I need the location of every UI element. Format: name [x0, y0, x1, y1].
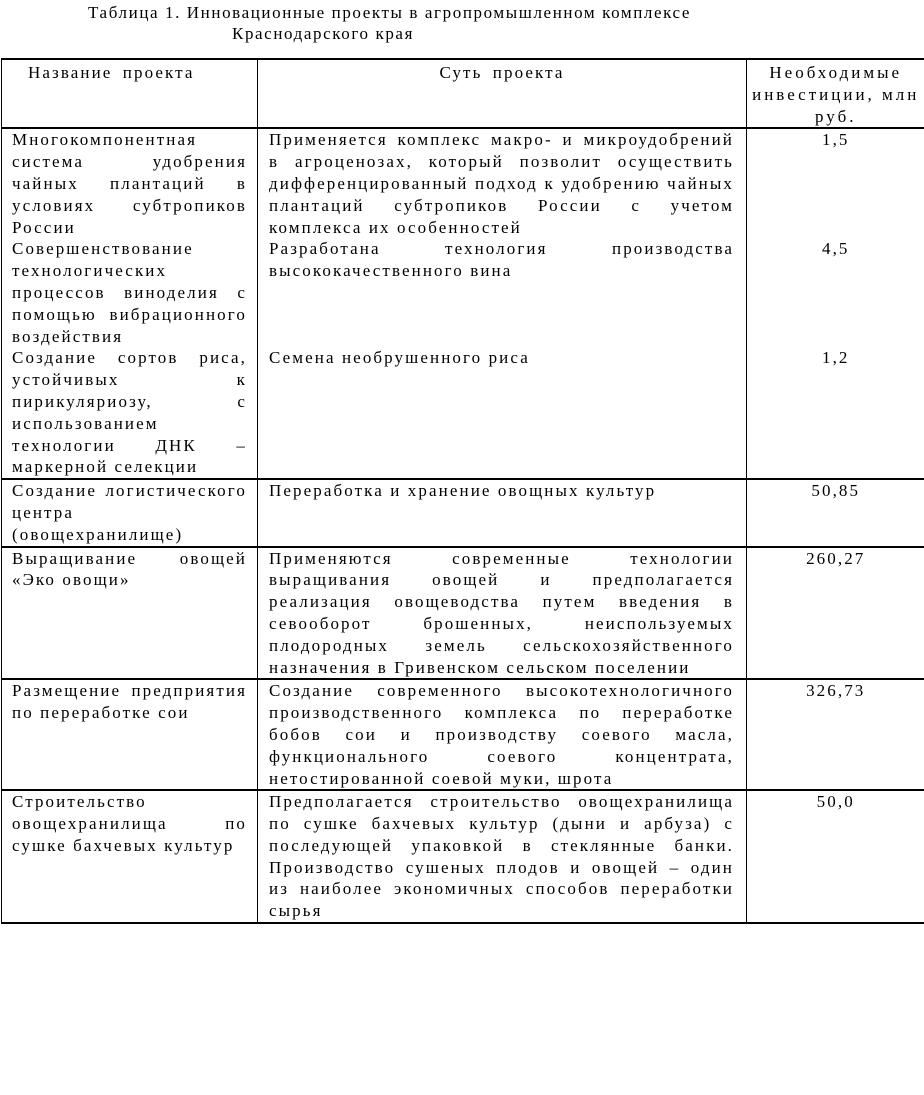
- table-row: Создание сортов риса, устойчивых к пирик…: [2, 347, 924, 479]
- project-description-cell: Семена необрушенного риса: [258, 347, 747, 479]
- project-name-cell: Совершенствование технологических процес…: [2, 238, 258, 347]
- project-description-cell: Создание современного высокотехнологично…: [258, 679, 747, 790]
- table-row: Создание логистического центра (овощехра…: [2, 479, 924, 546]
- project-name-cell: Многокомпонентная система удобрения чайн…: [2, 128, 258, 238]
- table-row: Выращивание овощей «Эко овощи» Применяют…: [2, 547, 924, 680]
- project-description-cell: Переработка и хранение овощных культур: [258, 479, 747, 546]
- project-investment-cell: 50,0: [747, 790, 924, 923]
- table-row: Многокомпонентная система удобрения чайн…: [2, 128, 924, 238]
- project-description-cell: Разработана технология производства высо…: [258, 238, 747, 347]
- projects-table: Название проекта Суть проекта Необходимы…: [1, 58, 924, 924]
- caption-line-2: Краснодарского края: [232, 23, 414, 45]
- project-name-cell: Создание сортов риса, устойчивых к пирик…: [2, 347, 258, 479]
- project-description-cell: Применяется комплекс макро- и микроудобр…: [258, 128, 747, 238]
- caption-line-1: Таблица 1. Инновационные проекты в агроп…: [88, 2, 691, 24]
- project-investment-cell: 260,27: [747, 547, 924, 680]
- project-investment-cell: 326,73: [747, 679, 924, 790]
- table-row: Совершенствование технологических процес…: [2, 238, 924, 347]
- table-row: Размещение предприятия по переработке со…: [2, 679, 924, 790]
- table-row: Строительство овощехранилища по сушке ба…: [2, 790, 924, 923]
- project-description-cell: Применяются современные технологии выращ…: [258, 547, 747, 680]
- project-description-cell: Предполагается строительство овощехранил…: [258, 790, 747, 923]
- project-name-cell: Выращивание овощей «Эко овощи»: [2, 547, 258, 680]
- table-header-row: Название проекта Суть проекта Необходимы…: [2, 59, 924, 128]
- project-investment-cell: 50,85: [747, 479, 924, 546]
- project-investment-cell: 1,5: [747, 128, 924, 238]
- project-name-cell: Создание логистического центра (овощехра…: [2, 479, 258, 546]
- header-project-essence: Суть проекта: [258, 59, 747, 128]
- header-required-investment: Необходимые инвестиции, млн руб.: [747, 59, 924, 128]
- project-name-cell: Размещение предприятия по переработке со…: [2, 679, 258, 790]
- project-investment-cell: 4,5: [747, 238, 924, 347]
- project-name-cell: Строительство овощехранилища по сушке ба…: [2, 790, 258, 923]
- header-project-name: Название проекта: [2, 59, 258, 128]
- project-investment-cell: 1,2: [747, 347, 924, 479]
